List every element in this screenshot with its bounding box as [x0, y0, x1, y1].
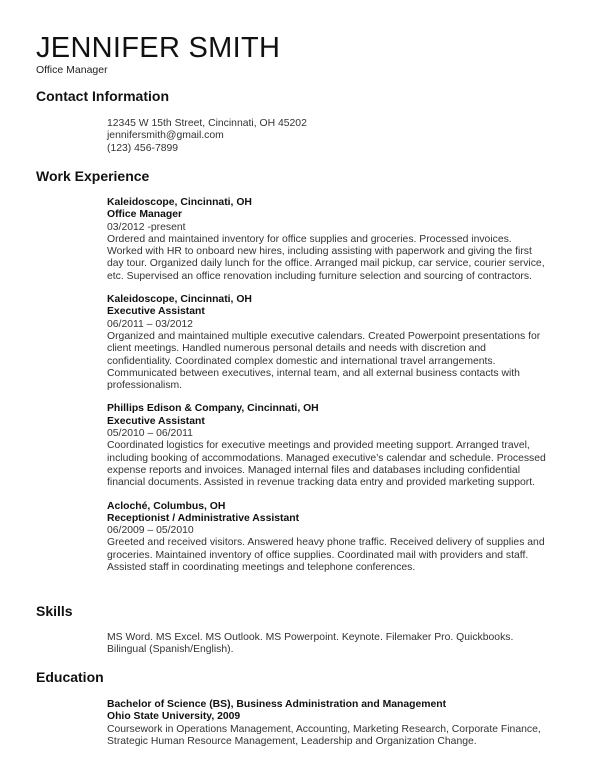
- job-desc-line: professionalism.: [107, 380, 573, 392]
- job-dates: 06/2009 – 05/2010: [107, 525, 573, 537]
- education-school: Ohio State University, 2009: [107, 711, 573, 723]
- job-desc-line: Assisted staff in coordinating meetings …: [107, 562, 573, 574]
- job-desc-line: Communicated between executives, interna…: [107, 368, 573, 380]
- job-company: Kaleidoscope, Cincinnati, OH: [107, 294, 573, 306]
- job-company: Kaleidoscope, Cincinnati, OH: [107, 197, 573, 209]
- education-degree: Bachelor of Science (BS), Business Admin…: [107, 699, 573, 711]
- education-heading: Education: [36, 669, 104, 685]
- job-entry: Kaleidoscope, Cincinnati, OH Office Mana…: [107, 197, 573, 283]
- candidate-name: JENNIFER SMITH: [36, 34, 280, 63]
- job-desc-line: client meetings. Handled numerous person…: [107, 343, 573, 355]
- job-role: Receptionist / Administrative Assistant: [107, 513, 573, 525]
- job-role: Executive Assistant: [107, 306, 573, 318]
- education-block: Bachelor of Science (BS), Business Admin…: [107, 699, 573, 748]
- job-entry: Kaleidoscope, Cincinnati, OH Executive A…: [107, 294, 573, 392]
- skills-heading: Skills: [36, 603, 73, 619]
- education-desc-line: Strategic Human Resource Management, Lea…: [107, 736, 573, 748]
- experience-heading: Work Experience: [36, 168, 149, 184]
- contact-email: jennifersmith@gmail.com: [107, 130, 573, 142]
- job-role: Office Manager: [107, 209, 573, 221]
- job-desc-line: Ordered and maintained inventory for off…: [107, 234, 573, 246]
- candidate-title: Office Manager: [36, 64, 108, 76]
- contact-address: 12345 W 15th Street, Cincinnati, OH 4520…: [107, 118, 573, 130]
- skills-line: MS Word. MS Excel. MS Outlook. MS Powerp…: [107, 632, 573, 644]
- job-desc-line: financial documents. Assisted in revenue…: [107, 477, 573, 489]
- job-company: Acloché, Columbus, OH: [107, 501, 573, 513]
- contact-phone: (123) 456-7899: [107, 143, 573, 155]
- job-desc-line: etc. Supervised an office renovation inc…: [107, 271, 573, 283]
- job-desc-line: expense reports and invoices. Managed in…: [107, 465, 573, 477]
- skills-block: MS Word. MS Excel. MS Outlook. MS Powerp…: [107, 632, 573, 657]
- job-desc-line: day tour. Organized daily lunch for the …: [107, 258, 573, 270]
- skills-line: Bilingual (Spanish/English).: [107, 644, 573, 656]
- education-desc-line: Coursework in Operations Management, Acc…: [107, 724, 573, 736]
- job-desc-line: Organized and maintained multiple execut…: [107, 331, 573, 343]
- job-entry: Acloché, Columbus, OH Receptionist / Adm…: [107, 501, 573, 575]
- contact-block: 12345 W 15th Street, Cincinnati, OH 4520…: [107, 118, 573, 155]
- job-dates: 06/2011 – 03/2012: [107, 319, 573, 331]
- job-desc-line: confidentiality. Coordinated complex dom…: [107, 356, 573, 368]
- job-desc-line: Greeted and received visitors. Answered …: [107, 537, 573, 549]
- job-dates: 03/2012 -present: [107, 222, 573, 234]
- job-desc-line: Worked with HR to onboard new hires, inc…: [107, 246, 573, 258]
- job-desc-line: Coordinated logistics for executive meet…: [107, 440, 573, 452]
- job-company: Phillips Edison & Company, Cincinnati, O…: [107, 403, 573, 415]
- job-desc-line: including booking of accommodations. Man…: [107, 453, 573, 465]
- contact-heading: Contact Information: [36, 88, 169, 104]
- job-role: Executive Assistant: [107, 416, 573, 428]
- experience-block: Kaleidoscope, Cincinnati, OH Office Mana…: [107, 197, 573, 585]
- job-dates: 05/2010 – 06/2011: [107, 428, 573, 440]
- job-entry: Phillips Edison & Company, Cincinnati, O…: [107, 403, 573, 489]
- job-desc-line: groceries. Maintained inventory of offic…: [107, 550, 573, 562]
